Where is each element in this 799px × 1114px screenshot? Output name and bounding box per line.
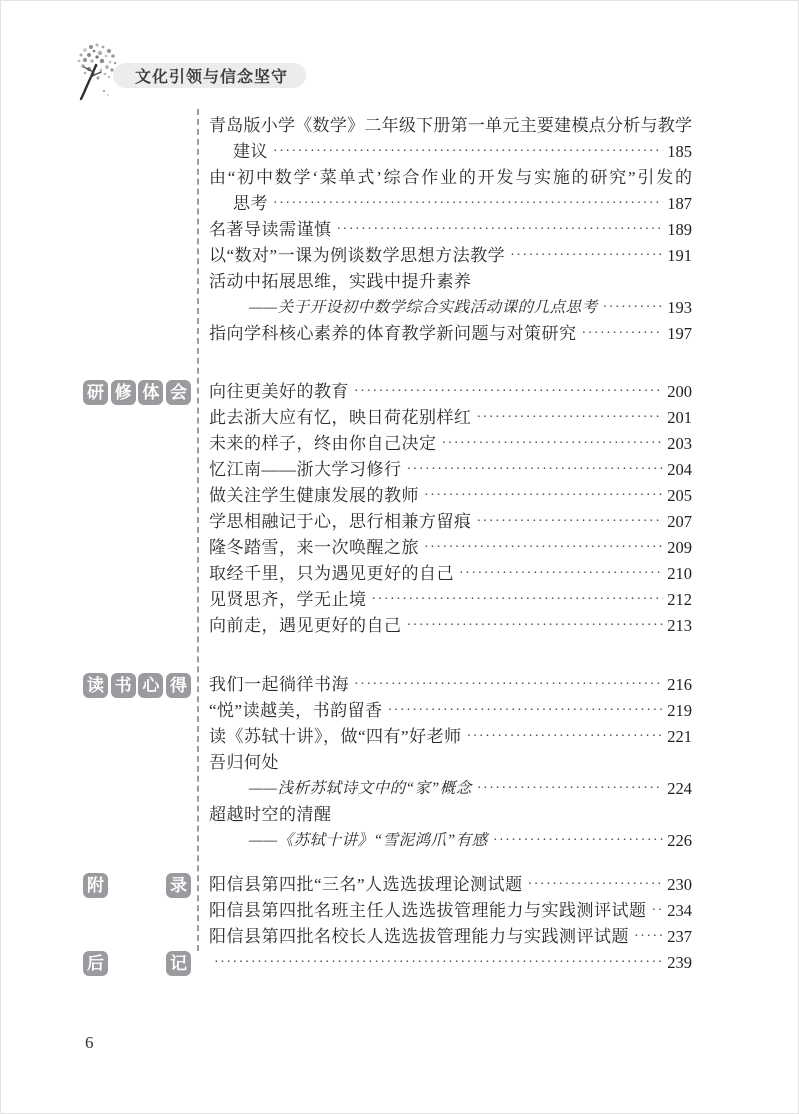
toc-entry: 向往更美好的教育200 — [209, 379, 692, 405]
toc-entry: 我们一起徜徉书海216 — [209, 672, 692, 698]
entry-page: 237 — [667, 924, 692, 950]
entry-page: 226 — [667, 828, 692, 854]
entry-title: 名著导读需谨慎 — [209, 217, 332, 243]
entry-title: 取经千里，只为遇见更好的自己 — [209, 561, 454, 587]
dot-leader — [477, 509, 664, 535]
entry-page: 205 — [667, 483, 692, 509]
dot-leader — [510, 243, 663, 269]
dot-leader — [477, 776, 663, 802]
toc-entry: 隆冬踏雪，来一次唤醒之旅209 — [209, 535, 692, 561]
chapter-banner: 文化引领与信念坚守 — [113, 63, 306, 88]
entry-subtitle: ——关于开设初中数学综合实践活动课的几点思考 — [249, 295, 598, 321]
entry-page: 185 — [667, 139, 692, 165]
badge-char: 研 — [83, 380, 108, 405]
dot-leader — [354, 379, 663, 405]
toc-entry: 见贤思齐，学无止境212 — [209, 587, 692, 613]
entry-title: 做关注学生健康发展的教师 — [209, 483, 419, 509]
badge-char: 得 — [166, 673, 191, 698]
entry-title: 学思相融记于心，思行相兼方留痕 — [209, 509, 472, 535]
toc-entry: 239 — [209, 950, 692, 976]
toc-entry: 阳信县第四批名校长人选选拔管理能力与实践测评试题237 — [209, 924, 692, 950]
entry-page: 239 — [667, 950, 692, 976]
entry-title: 吾归何处 — [209, 750, 279, 776]
dot-leader — [652, 898, 664, 924]
dot-leader — [459, 561, 663, 587]
entry-page: 203 — [667, 431, 692, 457]
toc-entry: 阳信县第四批“三名”人选选拔理论测试题230 — [209, 872, 692, 898]
page-number: 6 — [85, 1033, 94, 1053]
entry-title: 思考 — [233, 191, 268, 217]
entry-page: 234 — [667, 898, 692, 924]
entry-page: 224 — [667, 776, 692, 802]
badge-char: 记 — [166, 951, 191, 976]
dot-leader — [493, 828, 663, 854]
entry-title: 忆江南——浙大学习修行 — [209, 457, 402, 483]
dot-leader — [273, 139, 663, 165]
entry-page: 200 — [667, 379, 692, 405]
dot-leader — [424, 535, 663, 561]
entry-page: 191 — [667, 243, 692, 269]
toc-entry: 吾归何处 — [209, 750, 692, 776]
dot-leader — [407, 457, 664, 483]
entry-page: 189 — [667, 217, 692, 243]
dot-leader — [337, 217, 664, 243]
entry-title: 未来的样子，终由你自己决定 — [209, 431, 437, 457]
toc-entry: 取经千里，只为遇见更好的自己210 — [209, 561, 692, 587]
toc-section-houji: 239 — [209, 950, 692, 976]
badge-char: 后 — [83, 951, 108, 976]
badge-char: 附 — [83, 873, 108, 898]
toc-entry: 建议185 — [209, 139, 692, 165]
entry-page: 207 — [667, 509, 692, 535]
dot-leader — [603, 295, 664, 321]
entry-page: 219 — [667, 698, 692, 724]
dot-leader — [467, 724, 664, 750]
toc-entry: 青岛版小学《数学》二年级下册第一单元主要建模点分析与教学 — [209, 113, 692, 139]
divider-dashed-line — [197, 109, 199, 951]
entry-title: 由“初中数学‘菜单式’综合作业的开发与实施的研究”引发的 — [209, 165, 692, 191]
entry-title: 此去浙大应有忆，映日荷花别样红 — [209, 405, 472, 431]
entry-page: 212 — [667, 587, 692, 613]
entry-page: 230 — [667, 872, 692, 898]
toc-entry: 向前走，遇见更好的自己213 — [209, 613, 692, 639]
chapter-title: 文化引领与信念坚守 — [135, 64, 288, 87]
toc-entry: 超越时空的清醒 — [209, 802, 692, 828]
entry-title: 活动中拓展思维，实践中提升素养 — [209, 269, 472, 295]
entry-page: 216 — [667, 672, 692, 698]
toc-entry: 名著导读需谨慎189 — [209, 217, 692, 243]
toc-section-fulu: 阳信县第四批“三名”人选选拔理论测试题230 阳信县第四批名班主任人选选拔管理能… — [209, 872, 692, 950]
entry-title: 以“数对”一课为例谈数学思想方法教学 — [209, 243, 505, 269]
entry-title: 阳信县第四批名班主任人选选拔管理能力与实践测评试题 — [209, 898, 647, 924]
entry-title: 指向学科核心素养的体育教学新问题与对策研究 — [209, 321, 577, 347]
entry-title: 读《苏轼十讲》，做“四有”好老师 — [209, 724, 462, 750]
section-label-yanxiu: 研 修 体 会 — [83, 379, 191, 405]
entry-title: 青岛版小学《数学》二年级下册第一单元主要建模点分析与教学 — [209, 113, 692, 139]
entry-subtitle: ——《苏轼十讲》“雪泥鸿爪”有感 — [249, 828, 488, 854]
toc-subentry: ——《苏轼十讲》“雪泥鸿爪”有感226 — [209, 828, 692, 854]
entry-page: 197 — [667, 321, 692, 347]
toc-entry: 此去浙大应有忆，映日荷花别样红201 — [209, 405, 692, 431]
section-label-fulu: 附 录 — [83, 872, 191, 898]
badge-char: 录 — [166, 873, 191, 898]
toc-entry: 以“数对”一课为例谈数学思想方法教学191 — [209, 243, 692, 269]
toc-entry: 思考187 — [209, 191, 692, 217]
badge-char: 心 — [138, 673, 163, 698]
toc-entry: 指向学科核心素养的体育教学新问题与对策研究197 — [209, 321, 692, 347]
toc-section-yanxiu: 向往更美好的教育200 此去浙大应有忆，映日荷花别样红201 未来的样子，终由你… — [209, 379, 692, 639]
entry-page: 209 — [667, 535, 692, 561]
entry-subtitle: ——浅析苏轼诗文中的“家”概念 — [249, 776, 472, 802]
toc-entry: 活动中拓展思维，实践中提升素养 — [209, 269, 692, 295]
entry-page: 204 — [667, 457, 692, 483]
entry-title: 见贤思齐，学无止境 — [209, 587, 367, 613]
toc-entry: 做关注学生健康发展的教师205 — [209, 483, 692, 509]
entry-title: 我们一起徜徉书海 — [209, 672, 349, 698]
toc-subentry: ——关于开设初中数学综合实践活动课的几点思考193 — [209, 295, 692, 321]
entry-page: 201 — [667, 405, 692, 431]
toc-entry: “悦”读越美，书韵留香219 — [209, 698, 692, 724]
toc-entry: 阳信县第四批名班主任人选选拔管理能力与实践测评试题234 — [209, 898, 692, 924]
toc-entry: 学思相融记于心，思行相兼方留痕207 — [209, 509, 692, 535]
entry-title: 向前走，遇见更好的自己 — [209, 613, 402, 639]
badge-char: 会 — [166, 380, 191, 405]
dot-leader — [354, 672, 663, 698]
dot-leader — [634, 924, 663, 950]
toc-entry: 忆江南——浙大学习修行204 — [209, 457, 692, 483]
entry-page: 213 — [667, 613, 692, 639]
entry-page: 193 — [667, 295, 692, 321]
dot-leader — [528, 872, 664, 898]
dot-leader — [442, 431, 664, 457]
badge-char: 体 — [138, 380, 163, 405]
table-of-contents: 青岛版小学《数学》二年级下册第一单元主要建模点分析与教学 建议185 由“初中数… — [209, 113, 692, 976]
dot-leader — [407, 613, 664, 639]
toc-section-continued: 青岛版小学《数学》二年级下册第一单元主要建模点分析与教学 建议185 由“初中数… — [209, 113, 692, 347]
dot-leader — [424, 483, 663, 509]
dot-leader — [214, 950, 663, 976]
badge-char: 修 — [111, 380, 136, 405]
entry-page: 221 — [667, 724, 692, 750]
dot-leader — [477, 405, 664, 431]
dot-leader — [582, 321, 664, 347]
tree-icon — [63, 39, 127, 103]
entry-page: 187 — [667, 191, 692, 217]
entry-title: 隆冬踏雪，来一次唤醒之旅 — [209, 535, 419, 561]
dot-leader — [372, 587, 664, 613]
toc-entry: 由“初中数学‘菜单式’综合作业的开发与实施的研究”引发的 — [209, 165, 692, 191]
badge-char: 书 — [111, 673, 136, 698]
entry-title: 超越时空的清醒 — [209, 802, 332, 828]
section-label-houji: 后 记 — [83, 950, 191, 976]
dot-leader — [273, 191, 663, 217]
entry-title: 建议 — [233, 139, 268, 165]
entry-page: 210 — [667, 561, 692, 587]
entry-title: 阳信县第四批名校长人选选拔管理能力与实践测评试题 — [209, 924, 629, 950]
toc-section-dushu: 我们一起徜徉书海216 “悦”读越美，书韵留香219 读《苏轼十讲》，做“四有”… — [209, 672, 692, 854]
dot-leader — [388, 698, 664, 724]
badge-char: 读 — [83, 673, 108, 698]
section-label-dushu: 读 书 心 得 — [83, 672, 191, 698]
entry-title: 向往更美好的教育 — [209, 379, 349, 405]
toc-subentry: ——浅析苏轼诗文中的“家”概念224 — [209, 776, 692, 802]
book-toc-page: 文化引领与信念坚守 研 修 体 会 读 书 心 得 附 录 后 记 青岛版小学《… — [0, 0, 799, 1114]
entry-title: “悦”读越美，书韵留香 — [209, 698, 383, 724]
entry-title: 阳信县第四批“三名”人选选拔理论测试题 — [209, 872, 523, 898]
toc-entry: 未来的样子，终由你自己决定203 — [209, 431, 692, 457]
toc-entry: 读《苏轼十讲》，做“四有”好老师221 — [209, 724, 692, 750]
